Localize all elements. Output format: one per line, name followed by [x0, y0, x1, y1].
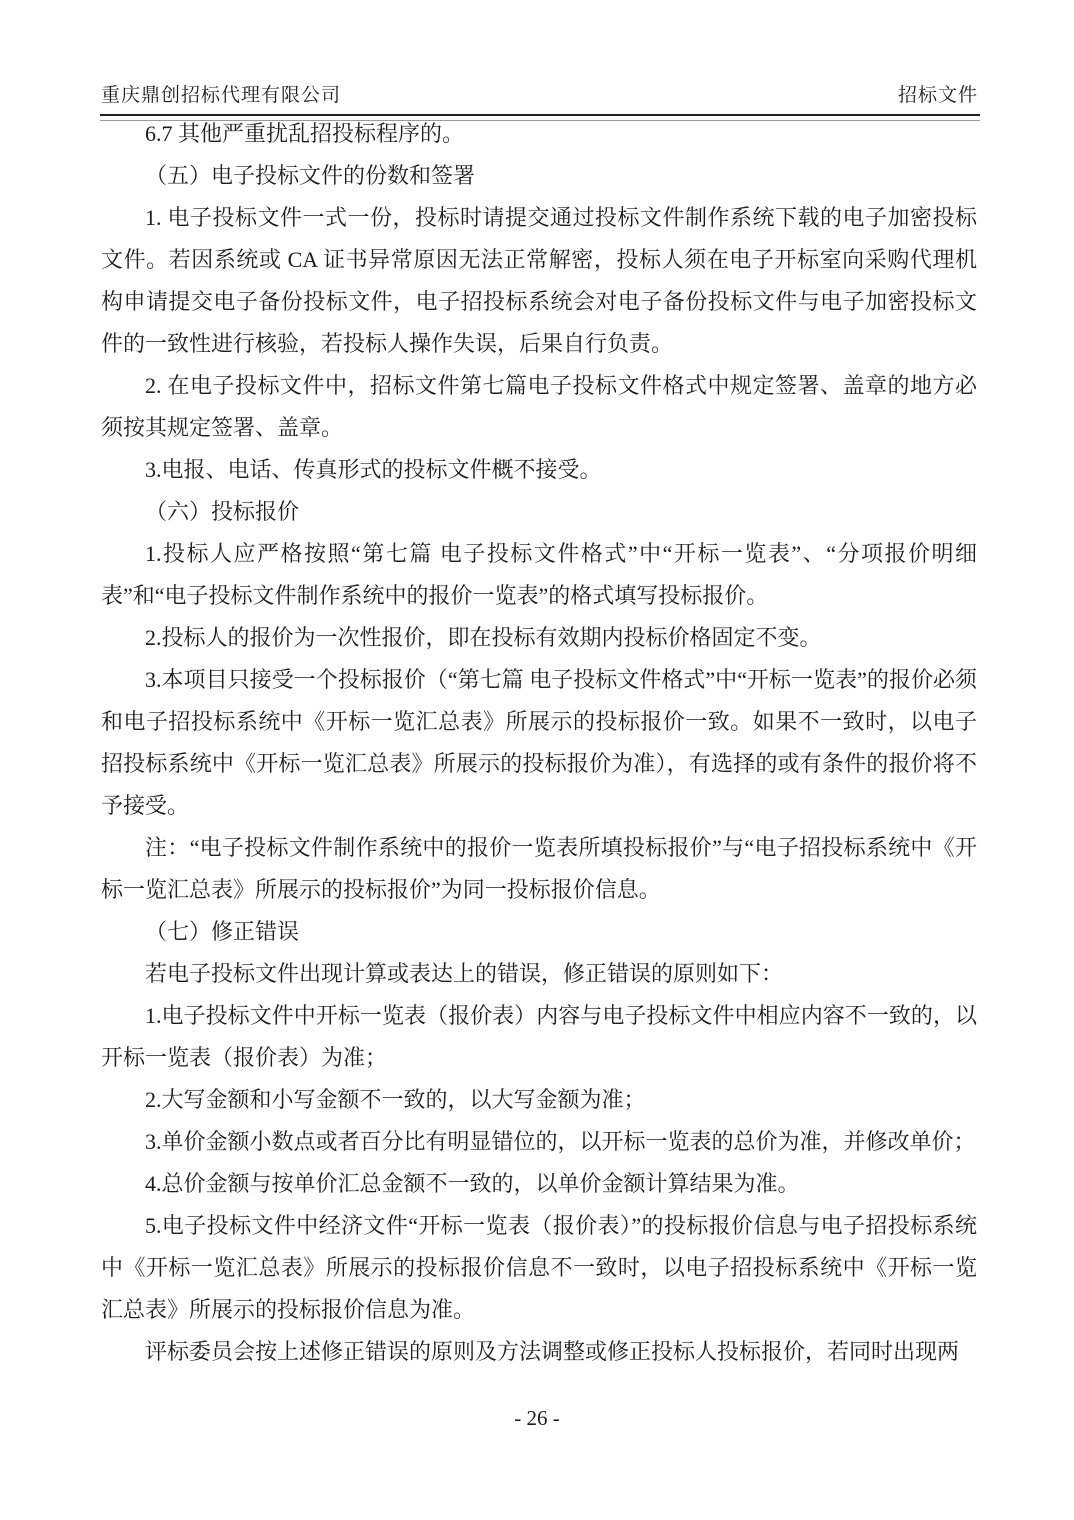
document-body: 6.7 其他严重扰乱招投标程序的。 （五）电子投标文件的份数和签署 1. 电子投… [101, 113, 977, 1373]
paragraph: 1.电子投标文件中开标一览表（报价表）内容与电子投标文件中相应内容不一致的，以开… [101, 995, 977, 1079]
paragraph: 2.投标人的报价为一次性报价，即在投标有效期内投标价格固定不变。 [101, 617, 977, 659]
paragraph: 若电子投标文件出现计算或表达上的错误，修正错误的原则如下： [101, 953, 977, 995]
page-header: 重庆鼎创招标代理有限公司 招标文件 [101, 84, 978, 108]
document-page: 重庆鼎创招标代理有限公司 招标文件 6.7 其他严重扰乱招投标程序的。 （五）电… [0, 0, 1074, 1520]
note-paragraph: 注：“电子投标文件制作系统中的报价一览表所填投标报价”与“电子招投标系统中《开标… [101, 827, 977, 911]
paragraph: 4.总价金额与按单价汇总金额不一致的，以单价金额计算结果为准。 [101, 1163, 977, 1205]
paragraph: 3.电报、电话、传真形式的投标文件概不接受。 [101, 449, 977, 491]
header-doc-type: 招标文件 [898, 84, 978, 108]
paragraph: 3.本项目只接受一个投标报价（“第七篇 电子投标文件格式”中“开标一览表”的报价… [101, 659, 977, 827]
section-heading: （六）投标报价 [101, 491, 977, 533]
paragraph: 1.投标人应严格按照“第七篇 电子投标文件格式”中“开标一览表”、“分项报价明细… [101, 533, 977, 617]
paragraph: 3.单价金额小数点或者百分比有明显错位的，以开标一览表的总价为准，并修改单价； [101, 1121, 977, 1163]
paragraph: 2. 在电子投标文件中，招标文件第七篇电子投标文件格式中规定签署、盖章的地方必须… [101, 365, 977, 449]
page-number: - 26 - [0, 1403, 1074, 1433]
header-company-name: 重庆鼎创招标代理有限公司 [101, 84, 341, 108]
paragraph: 6.7 其他严重扰乱招投标程序的。 [101, 113, 977, 155]
paragraph: 1. 电子投标文件一式一份，投标时请提交通过投标文件制作系统下载的电子加密投标文… [101, 197, 977, 365]
paragraph: 评标委员会按上述修正错误的原则及方法调整或修正投标人投标报价，若同时出现两 [101, 1331, 977, 1373]
paragraph: 2.大写金额和小写金额不一致的，以大写金额为准； [101, 1079, 977, 1121]
section-heading: （七）修正错误 [101, 911, 977, 953]
paragraph: 5.电子投标文件中经济文件“开标一览表（报价表）”的投标报价信息与电子招投标系统… [101, 1205, 977, 1331]
section-heading: （五）电子投标文件的份数和签署 [101, 155, 977, 197]
